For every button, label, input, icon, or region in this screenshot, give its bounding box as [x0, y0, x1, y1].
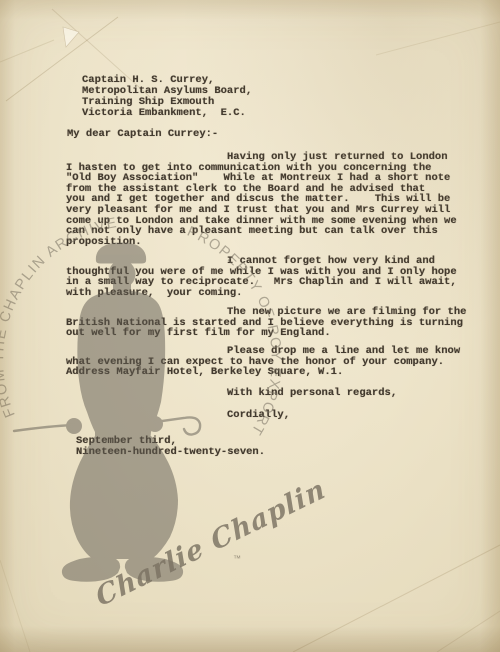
date-block: September third,Nineteen-hundred-twenty-… — [76, 436, 265, 458]
cane-icon — [14, 417, 200, 434]
closing-line: Cordially, — [227, 409, 290, 421]
chaplin-signature: Charlie Chaplin — [92, 473, 330, 613]
paragraph-4: Please drop me a line and let me knowwha… — [66, 346, 460, 378]
paragraph-2: I cannot forget how very kind andthought… — [66, 256, 457, 298]
paper-chip-mark — [63, 27, 79, 47]
letter-page: Captain H. S. Currey,Metropolitan Asylum… — [0, 0, 500, 652]
paragraph-1: Having only just returned to LondonI has… — [66, 152, 457, 247]
regards-line: With kind personal regards, — [227, 387, 397, 399]
trademark-symbol: ™ — [233, 554, 241, 563]
paragraph-3: The new picture we are filming for theBr… — [66, 307, 466, 339]
salutation: My dear Captain Currey:- — [67, 128, 218, 140]
recipient-address: Captain H. S. Currey,Metropolitan Asylum… — [82, 75, 252, 119]
